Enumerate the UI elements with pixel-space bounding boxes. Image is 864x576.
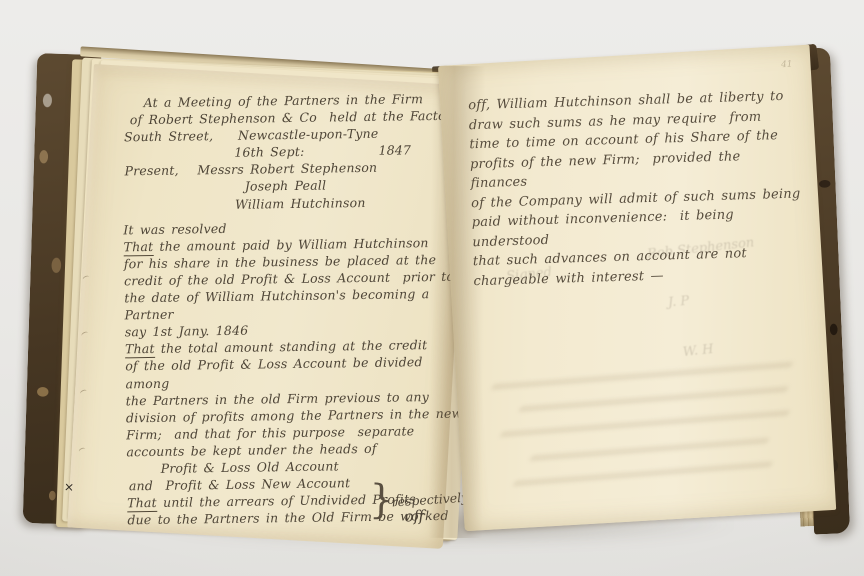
manuscript-line: William Hutchinson bbox=[235, 192, 461, 212]
right-page: 41 off, William Hutchinson shall be at l… bbox=[438, 45, 836, 532]
show-through-line bbox=[513, 461, 773, 487]
catchword: off bbox=[404, 507, 424, 526]
show-through-line bbox=[500, 410, 790, 438]
show-through-line bbox=[529, 437, 769, 461]
margin-tick bbox=[79, 389, 87, 396]
left-page: At a Meeting of the Partners in the Firm… bbox=[67, 64, 469, 549]
underlined-word: That bbox=[127, 495, 157, 512]
show-through-line bbox=[518, 386, 788, 412]
ghost-signature: W. H bbox=[682, 342, 714, 360]
margin-tick bbox=[81, 331, 89, 338]
manuscript-line: the date of William Hutchinson's becomin… bbox=[124, 285, 462, 324]
show-through-line bbox=[491, 361, 793, 390]
brace-glyph: } bbox=[369, 476, 394, 523]
right-page-text: off, William Hutchinson shall be at libe… bbox=[439, 54, 818, 292]
underlined-word: That bbox=[125, 341, 155, 358]
ghost-signature: J. P bbox=[667, 294, 690, 311]
edge-x-mark: × bbox=[64, 480, 75, 495]
left-page-text: At a Meeting of the Partners in the Firm… bbox=[91, 62, 473, 530]
underlined-word: That bbox=[123, 239, 153, 256]
margin-tick bbox=[82, 275, 90, 282]
margin-tick bbox=[78, 447, 86, 454]
manuscript-line: of the old Profit & Loss Account be divi… bbox=[125, 353, 463, 392]
manuscript-book: × At a Meeting of the Partners in the Fi… bbox=[30, 40, 840, 538]
photo-background: × At a Meeting of the Partners in the Fi… bbox=[0, 0, 864, 576]
